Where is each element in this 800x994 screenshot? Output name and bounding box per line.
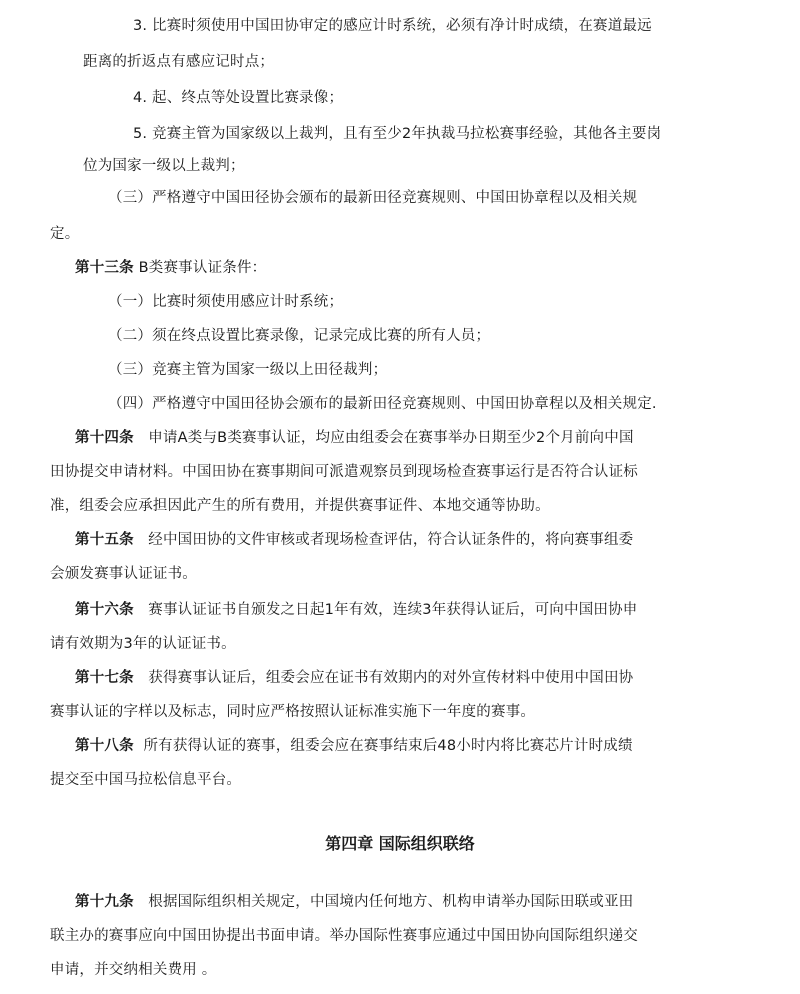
list-item-5-line1: 5. 竞赛主管为国家级以上裁判，且有至少2年执裁马拉松赛事经验，其他各主要岗 [133,124,661,144]
article-13-item-2: （二）须在终点设置比赛录像，记录完成比赛的所有人员； [108,326,490,346]
chapter-heading: 第四章 国际组织联络 [0,833,800,855]
article-16-line2: 请有效期为3年的认证证书。 [50,634,236,654]
article-19-line1: 第十九条 根据国际组织相关规定，中国境内任何地方、机构申请举办国际田联或亚田 [75,892,633,912]
article-16-line1: 第十六条 赛事认证证书自颁发之日起1年有效，连续3年获得认证后，可向中国田协申 [75,600,638,620]
article-14-line2: 田协提交申请材料。中国田协在赛事期间可派遣观察员到现场检查赛事运行是否符合认证标 [50,462,638,482]
article-title: 第十五条 [75,532,134,548]
article-text: 根据国际组织相关规定，中国境内任何地方、机构申请举办国际田联或亚田 [148,894,633,910]
article-13: 第十三条 B类赛事认证条件： [75,258,266,278]
article-text: 申请A类与B类赛事认证，均应由组委会在赛事举办日期至少2个月前向中国 [148,430,633,446]
article-13-item-3: （三）竞赛主管为国家一级以上田径裁判； [108,360,387,380]
article-title: 第十七条 [75,670,134,686]
article-13-item-1: （一）比赛时须使用感应计时系统； [108,292,343,312]
article-18-line1: 第十八条 所有获得认证的赛事，组委会应在赛事结束后48小时内将比赛芯片计时成绩 [75,736,633,756]
article-19-line2: 联主办的赛事应向中国田协提出书面申请。举办国际性赛事应通过中国田协向国际组织递交 [50,926,638,946]
article-title: 第十六条 [75,602,134,618]
article-15-line1: 第十五条 经中国田协的文件审核或者现场检查评估，符合认证条件的，将向赛事组委 [75,530,633,550]
article-19-line3: 申请，并交纳相关费用 。 [50,960,217,980]
article-text: 赛事认证证书自颁发之日起1年有效，连续3年获得认证后，可向中国田协申 [148,602,637,618]
list-item-4: 4. 起、终点等处设置比赛录像； [133,88,343,108]
article-15-line2: 会颁发赛事认证证书。 [50,564,197,584]
article-14-line1: 第十四条 申请A类与B类赛事认证，均应由组委会在赛事举办日期至少2个月前向中国 [75,428,634,448]
article-17-line2: 赛事认证的字样以及标志，同时应严格按照认证标准实施下一年度的赛事。 [50,702,535,722]
article-17-line1: 第十七条 获得赛事认证后，组委会应在证书有效期内的对外宣传材料中使用中国田协 [75,668,633,688]
article-text: 获得赛事认证后，组委会应在证书有效期内的对外宣传材料中使用中国田协 [148,670,633,686]
article-text: 经中国田协的文件审核或者现场检查评估，符合认证条件的，将向赛事组委 [148,532,633,548]
article-title: 第十三条 [75,260,134,276]
article-13-item-4: （四）严格遵守中国田径协会颁布的最新田径竞赛规则、中国田协章程以及相关规定. [108,394,657,414]
list-item-3-line1: 3. 比赛时须使用中国田协审定的感应计时系统，必须有净计时成绩，在赛道最远 [133,16,652,36]
article-title: 第十八条 [75,738,134,754]
list-item-5-line2: 位为国家一级以上裁判； [83,156,245,176]
article-text: B类赛事认证条件： [139,260,267,276]
clause-3-line1: （三）严格遵守中国田径协会颁布的最新田径竞赛规则、中国田协章程以及相关规 [108,188,637,208]
article-title: 第十九条 [75,894,134,910]
article-18-line2: 提交至中国马拉松信息平台。 [50,770,241,790]
list-item-3-line2: 距离的折返点有感应记时点； [83,52,274,72]
clause-3-line2: 定。 [50,224,79,244]
article-14-line3: 准，组委会应承担因此产生的所有费用，并提供赛事证件、本地交通等协助。 [50,496,550,516]
article-title: 第十四条 [75,430,134,446]
article-text: 所有获得认证的赛事，组委会应在赛事结束后48小时内将比赛芯片计时成绩 [143,738,632,754]
